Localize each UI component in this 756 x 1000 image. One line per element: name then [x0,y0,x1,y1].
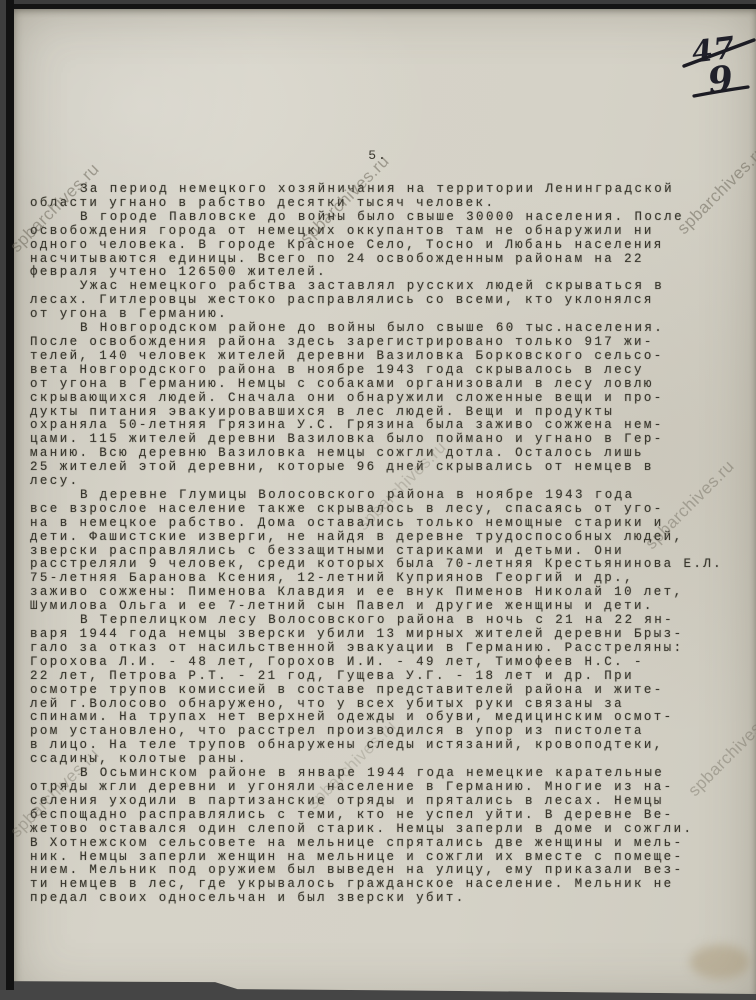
paragraph: За период немецкого хозяйничания на терр… [30,183,748,211]
paragraph: В Новгородском районе до войны было свыш… [30,322,748,489]
paragraph: В городе Павловске до войны было свыше 3… [30,211,748,281]
paragraph: В деревне Глумицы Волосовского района в … [30,489,748,614]
document-body-text: За период немецкого хозяйничания на терр… [30,183,748,906]
paper-stain [690,945,750,979]
paragraph: В Терпелицком лесу Волосовского района в… [30,614,748,767]
scanner-background-top [0,0,756,9]
paragraph: В Осьминском районе в январе 1944 года н… [30,767,748,906]
scanned-archive-page: { "scan": { "watermark_text": "spbarchiv… [0,0,756,1000]
paragraph: Ужас немецкого рабства заставлял русских… [30,280,748,322]
handwritten-page-number: 9 [706,61,735,100]
page-number: 5. [0,148,756,163]
